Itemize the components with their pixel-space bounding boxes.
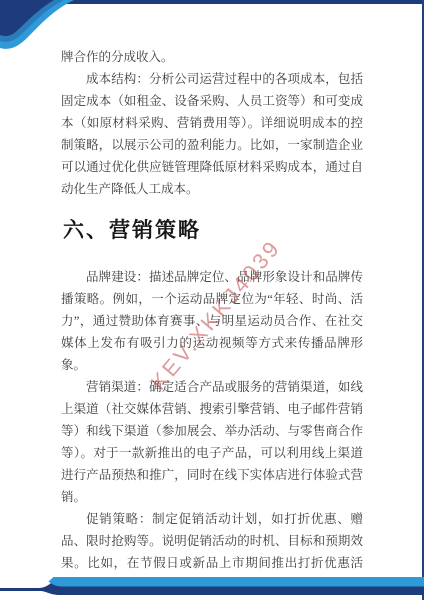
paragraph-promotion-strategy: 促销策略：制定促销活动计划，如打折优惠、赠品、限时抢购等。说明促销活动的时机、目… [61, 508, 363, 596]
section-heading-marketing-strategy: 六、营销策略 [63, 216, 363, 246]
document-page: 牌合作的分成收入。 成本结构：分析公司运营过程中的各项成本，包括固定成本（如租金… [0, 0, 424, 600]
paragraph-marketing-channels: 营销渠道：确定适合产品或服务的营销渠道，如线上渠道（社交媒体营销、搜索引擎营销、… [61, 376, 363, 508]
swoosh-light-blue-band [0, 0, 74, 49]
swoosh-medium-blue-band [0, 0, 64, 42]
document-body: 牌合作的分成收入。 成本结构：分析公司运营过程中的各项成本，包括固定成本（如租金… [61, 46, 363, 596]
paragraph-cost-structure: 成本结构：分析公司运营过程中的各项成本，包括固定成本（如租金、设备采购、人员工资… [61, 68, 363, 200]
paragraph-revenue-fragment: 牌合作的分成收入。 [61, 46, 363, 68]
swoosh-navy-core [0, 0, 54, 36]
paragraph-brand-building: 品牌建设：描述品牌定位、品牌形象设计和品牌传播策略。例如，一个运动品牌定位为“年… [61, 266, 363, 376]
top-rule [0, 0, 424, 4]
